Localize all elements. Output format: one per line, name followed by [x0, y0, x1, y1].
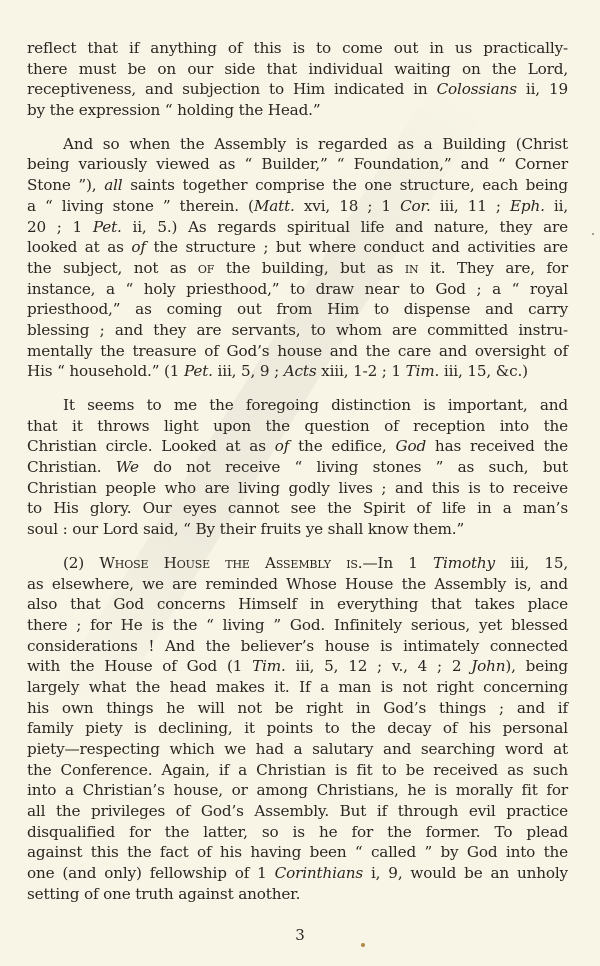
- paper-speck: [592, 233, 594, 235]
- text-run: (2): [63, 554, 99, 572]
- italic-text: Tim.: [252, 657, 286, 675]
- text-line: there ; for He is the “ living ” God. In…: [27, 615, 568, 636]
- text-run: receptiveness, and subjection to Him ind…: [27, 80, 437, 98]
- text-run: —In 1: [362, 554, 433, 572]
- text-line: all the privileges of God’s Assembly. Bu…: [27, 801, 568, 822]
- text-line: Christian. We do not receive “ living st…: [27, 457, 568, 478]
- text-line: Christian people who are living godly li…: [27, 478, 568, 499]
- text-run: ii,: [545, 197, 568, 215]
- text-run: iii, 5, 12 ; v., 4 ; 2: [286, 657, 471, 675]
- text-run: to His glory. Our eyes cannot see the Sp…: [27, 499, 568, 517]
- text-run: instance, a “ holy priesthood,” to draw …: [27, 280, 568, 298]
- text-run: priesthood,” as coming out from Him to d…: [27, 300, 568, 318]
- small-caps-text: of: [198, 259, 214, 277]
- text-run: setting of one truth against another.: [27, 885, 300, 903]
- text-run: has received the: [426, 437, 568, 455]
- italic-text: Pet.: [184, 362, 213, 380]
- page-number: 3: [0, 926, 600, 944]
- text-run: a “ living stone ” therein. (: [27, 197, 254, 215]
- text-run: considerations ! And the believer’s hous…: [27, 637, 568, 655]
- italic-text: of: [275, 437, 289, 455]
- italic-text: Colossians: [437, 80, 517, 98]
- text-run: the structure ; but where conduct and ac…: [146, 238, 568, 256]
- text-run: being variously viewed as “ Builder,” “ …: [27, 155, 568, 173]
- text-run: into a Christian’s house, or among Chris…: [27, 781, 568, 799]
- body-text: reflect that if anything of this is to c…: [27, 38, 568, 905]
- text-line: family piety is declining, it points to …: [27, 718, 568, 739]
- italic-text: of: [131, 238, 145, 256]
- text-run: ), being: [505, 657, 568, 675]
- text-run: Christian.: [27, 458, 116, 476]
- italic-text: Tim.: [406, 362, 440, 380]
- text-line: And so when the Assembly is regarded as …: [27, 134, 568, 155]
- text-line: one (and only) fellowship of 1 Corinthia…: [27, 863, 568, 884]
- italic-text: all: [104, 176, 122, 194]
- text-run: that it throws light upon the question o…: [27, 417, 568, 435]
- text-line: his own things he will not be right in G…: [27, 698, 568, 719]
- text-run: one (and only) fellowship of 1: [27, 864, 275, 882]
- text-run: His “ household.” (1: [27, 362, 184, 380]
- text-line: into a Christian’s house, or among Chris…: [27, 780, 568, 801]
- text-line: setting of one truth against another.: [27, 884, 568, 905]
- text-line: receptiveness, and subjection to Him ind…: [27, 79, 568, 100]
- italic-text: God: [395, 437, 426, 455]
- text-run: largely what the head makes it. If a man…: [27, 678, 568, 696]
- italic-text: Acts: [284, 362, 317, 380]
- text-run: ii, 5.) As regards spiritual life and na…: [122, 218, 568, 236]
- text-line: It seems to me the foregoing distinction…: [27, 395, 568, 416]
- text-run: xvi, 18 ; 1: [295, 197, 400, 215]
- text-line: instance, a “ holy priesthood,” to draw …: [27, 279, 568, 300]
- text-line: disqualified for the latter, so is he fo…: [27, 822, 568, 843]
- italic-text: Timothy: [433, 554, 495, 572]
- text-run: his own things he will not be right in G…: [27, 699, 568, 717]
- text-run: with the House of God (1: [27, 657, 252, 675]
- text-line: mentally the treasure of God’s house and…: [27, 341, 568, 362]
- text-run: the subject, not as: [27, 259, 198, 277]
- text-line: there must be on our side that individua…: [27, 59, 568, 80]
- text-run: Stone ”),: [27, 176, 104, 194]
- text-line: to His glory. Our eyes cannot see the Sp…: [27, 498, 568, 519]
- text-run: reflect that if anything of this is to c…: [27, 39, 568, 57]
- italic-text: We: [116, 458, 139, 476]
- paper-speck: [361, 943, 365, 947]
- text-run: do not receive “ living stones ” as such…: [139, 458, 568, 476]
- text-line: also that God concerns Himself in everyt…: [27, 594, 568, 615]
- text-line: that it throws light upon the question o…: [27, 416, 568, 437]
- text-line: the Conference. Again, if a Christian is…: [27, 760, 568, 781]
- paragraph: It seems to me the foregoing distinction…: [27, 395, 568, 540]
- text-line: piety—respecting which we had a salutary…: [27, 739, 568, 760]
- text-line: with the House of God (1 Tim. iii, 5, 12…: [27, 656, 568, 677]
- italic-text: Matt.: [254, 197, 295, 215]
- text-run: i, 9, would be an unholy: [363, 864, 568, 882]
- italic-text: John: [471, 657, 505, 675]
- text-run: xiii, 1-2 ; 1: [317, 362, 406, 380]
- text-line: soul : our Lord said, “ By their fruits …: [27, 519, 568, 540]
- text-line: looked at as of the structure ; but wher…: [27, 237, 568, 258]
- paragraph: (2) Whose House the Assembly is.—In 1 Ti…: [27, 553, 568, 905]
- text-run: also that God concerns Himself in everyt…: [27, 595, 568, 613]
- text-line: (2) Whose House the Assembly is.—In 1 Ti…: [27, 553, 568, 574]
- text-line: priesthood,” as coming out from Him to d…: [27, 299, 568, 320]
- text-run: looked at as: [27, 238, 131, 256]
- text-line: largely what the head makes it. If a man…: [27, 677, 568, 698]
- text-line: blessing ; and they are servants, to who…: [27, 320, 568, 341]
- text-run: iii, 5, 9 ;: [213, 362, 284, 380]
- text-run: mentally the treasure of God’s house and…: [27, 342, 568, 360]
- text-run: ii, 19: [517, 80, 568, 98]
- italic-text: Cor.: [400, 197, 431, 215]
- text-run: Christian circle. Looked at as: [27, 437, 275, 455]
- text-run: iii, 15,: [495, 554, 568, 572]
- text-line: 20 ; 1 Pet. ii, 5.) As regards spiritual…: [27, 217, 568, 238]
- text-line: being variously viewed as “ Builder,” “ …: [27, 154, 568, 175]
- text-run: there ; for He is the “ living ” God. In…: [27, 616, 568, 634]
- text-line: by the expression “ holding the Head.”: [27, 100, 568, 121]
- small-caps-text: Whose House the Assembly is.: [99, 554, 362, 572]
- text-line: the subject, not as of the building, but…: [27, 258, 568, 279]
- scanned-page: reflect that if anything of this is to c…: [0, 0, 600, 966]
- text-run: piety—respecting which we had a salutary…: [27, 740, 568, 758]
- text-run: It seems to me the foregoing distinction…: [63, 396, 568, 414]
- text-run: against this the fact of his having been…: [27, 843, 568, 861]
- text-run: there must be on our side that individua…: [27, 60, 568, 78]
- text-run: iii, 15, &c.): [439, 362, 528, 380]
- text-line: against this the fact of his having been…: [27, 842, 568, 863]
- text-run: 20 ; 1: [27, 218, 93, 236]
- text-line: a “ living stone ” therein. (Matt. xvi, …: [27, 196, 568, 217]
- text-run: the building, but as: [214, 259, 405, 277]
- text-line: His “ household.” (1 Pet. iii, 5, 9 ; Ac…: [27, 361, 568, 382]
- text-run: as elsewhere, we are reminded Whose Hous…: [27, 575, 568, 593]
- italic-text: Pet.: [93, 218, 122, 236]
- text-run: soul : our Lord said, “ By their fruits …: [27, 520, 464, 538]
- small-caps-text: in: [405, 259, 419, 277]
- text-line: considerations ! And the believer’s hous…: [27, 636, 568, 657]
- text-run: all the privileges of God’s Assembly. Bu…: [27, 802, 568, 820]
- italic-text: Eph.: [510, 197, 545, 215]
- paragraph: reflect that if anything of this is to c…: [27, 38, 568, 121]
- text-run: by the expression “ holding the Head.”: [27, 101, 320, 119]
- text-line: reflect that if anything of this is to c…: [27, 38, 568, 59]
- text-run: And so when the Assembly is regarded as …: [63, 135, 568, 153]
- text-run: saints together comprise the one structu…: [123, 176, 568, 194]
- text-line: Christian circle. Looked at as of the ed…: [27, 436, 568, 457]
- text-run: Christian people who are living godly li…: [27, 479, 568, 497]
- text-line: as elsewhere, we are reminded Whose Hous…: [27, 574, 568, 595]
- text-run: iii, 11 ;: [431, 197, 510, 215]
- text-line: Stone ”), all saints together comprise t…: [27, 175, 568, 196]
- text-run: the Conference. Again, if a Christian is…: [27, 761, 568, 779]
- text-run: blessing ; and they are servants, to who…: [27, 321, 568, 339]
- italic-text: Corinthians: [275, 864, 363, 882]
- paragraph: And so when the Assembly is regarded as …: [27, 134, 568, 382]
- text-run: the edifice,: [289, 437, 395, 455]
- text-run: it. They are, for: [419, 259, 568, 277]
- text-run: disqualified for the latter, so is he fo…: [27, 823, 568, 841]
- text-run: family piety is declining, it points to …: [27, 719, 568, 737]
